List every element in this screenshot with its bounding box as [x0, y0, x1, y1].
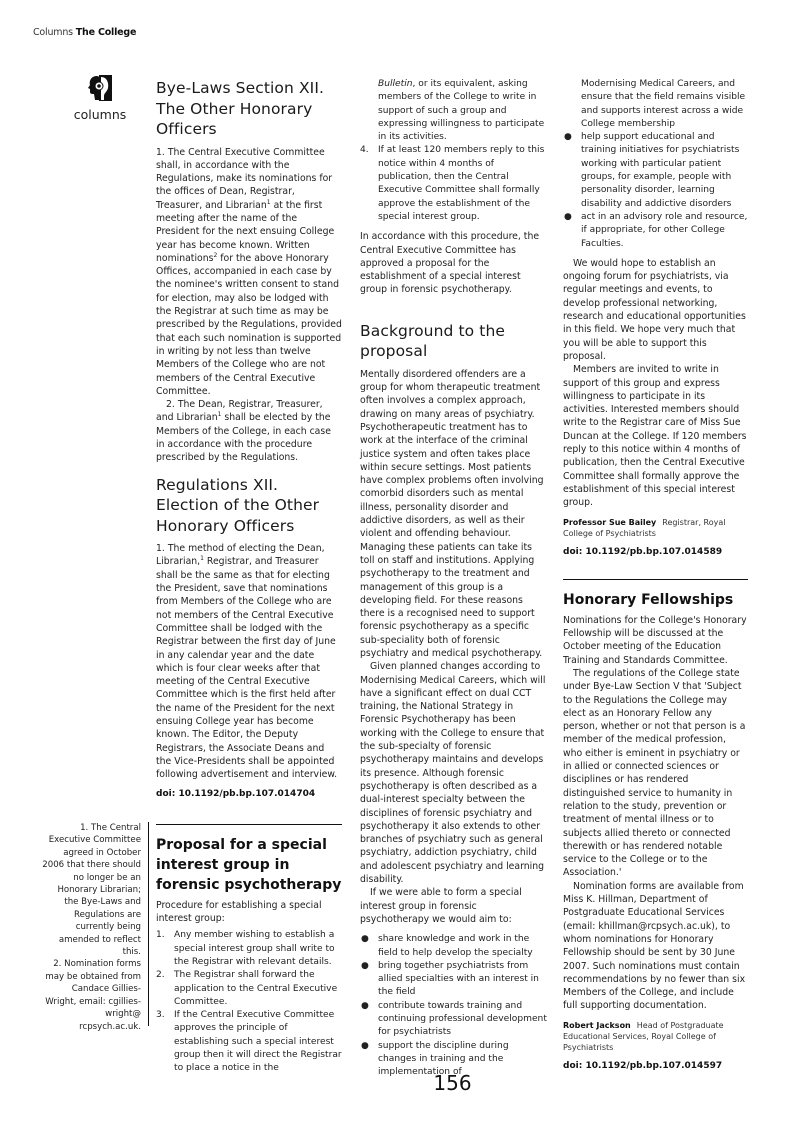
running-head-title: The College	[76, 27, 137, 38]
procedure-list: 1.Any member wishing to establish a spec…	[156, 929, 342, 1075]
doi-link[interactable]: doi: 10.1192/pb.bp.107.014589	[563, 546, 748, 559]
bullet-icon: ●	[564, 211, 572, 224]
article-bye-laws: Bye-Laws Section XII. The Other Honorary…	[156, 78, 342, 465]
columns-logo: columns	[70, 74, 130, 122]
columns-logo-label: columns	[70, 107, 130, 122]
article-regulations: Regulations XII. Election of the Other H…	[156, 475, 342, 802]
list-item: ●bring together psychiatrists from allie…	[360, 960, 547, 1000]
article-title: Regulations XII. Election of the Other H…	[156, 475, 342, 537]
paragraph: Procedure for establishing a special int…	[156, 899, 342, 926]
article-forensic-sig: Proposal for a special interest group in…	[156, 835, 342, 1076]
column-1: Bye-Laws Section XII. The Other Honorary…	[156, 78, 342, 1076]
paragraph: Members are invited to write in support …	[563, 363, 748, 509]
list-item: 4.If at least 120 members reply to this …	[360, 144, 547, 224]
paragraph: Nomination forms are available from Miss…	[563, 880, 748, 1013]
footnote-2: 2. Nomination forms may be obtained from…	[42, 958, 141, 1032]
aims-list-continued: Modernising Medical Careers, and ensure …	[563, 78, 748, 251]
list-item: 1.Any member wishing to establish a spec…	[156, 929, 342, 969]
section-divider	[156, 824, 342, 825]
author-name: Professor Sue Bailey	[563, 518, 656, 527]
author-name: Robert Jackson	[563, 1021, 631, 1030]
list-item: ●act in an advisory role and resource, i…	[563, 211, 748, 251]
list-item: ●contribute towards training and continu…	[360, 1000, 547, 1040]
list-item: Modernising Medical Careers, and ensure …	[563, 78, 748, 131]
list-item: 2.The Registrar shall forward the applic…	[156, 969, 342, 1009]
list-item: ●share knowledge and work in the field t…	[360, 933, 547, 960]
list-item: 3.If the Central Executive Committee app…	[156, 1009, 342, 1075]
list-item: Bulletin, or its equivalent, asking memb…	[360, 78, 547, 144]
bullet-icon: ●	[361, 933, 369, 946]
page-number: 156	[0, 1071, 800, 1095]
bullet-icon: ●	[361, 1040, 369, 1053]
author-signature: Robert JacksonHead of Postgraduate Educa…	[563, 1020, 748, 1053]
section-divider	[563, 579, 748, 580]
paragraph: We would hope to establish an ongoing fo…	[563, 257, 748, 363]
running-head-section: Columns	[33, 27, 73, 38]
procedure-list-continued: Bulletin, or its equivalent, asking memb…	[360, 78, 547, 224]
aims-list: ●share knowledge and work in the field t…	[360, 933, 547, 1079]
list-item: ●help support educational and training i…	[563, 131, 748, 211]
paragraph: 1. The Central Executive Committee shall…	[156, 146, 342, 399]
paragraph: If we were able to form a special intere…	[360, 886, 547, 926]
columns-logo-icon	[87, 74, 113, 102]
paragraph: In accordance with this procedure, the C…	[360, 230, 547, 296]
footnote-1: 1. The Central Executive Committee agree…	[42, 822, 141, 958]
footnote-divider	[148, 822, 149, 1026]
paragraph: 1. The method of electing the Dean, Libr…	[156, 542, 342, 781]
article-title: Bye-Laws Section XII. The Other Honorary…	[156, 78, 342, 140]
article-title: Honorary Fellowships	[563, 590, 748, 610]
doi-link[interactable]: doi: 10.1192/pb.bp.107.014704	[156, 788, 342, 801]
paragraph: Given planned changes according to Moder…	[360, 660, 547, 886]
bullet-icon: ●	[361, 1000, 369, 1013]
running-head: Columns The College	[33, 27, 136, 38]
paragraph: Nominations for the College's Honorary F…	[563, 614, 748, 667]
paragraph: Mentally disordered offenders are a grou…	[360, 368, 547, 661]
footnotes: 1. The Central Executive Committee agree…	[42, 822, 141, 1033]
bullet-icon: ●	[564, 131, 572, 144]
author-signature: Professor Sue BaileyRegistrar, Royal Col…	[563, 517, 748, 539]
article-honorary-fellowships: Honorary Fellowships Nominations for the…	[563, 590, 748, 1073]
column-3: Modernising Medical Careers, and ensure …	[563, 78, 748, 1073]
bullet-icon: ●	[361, 960, 369, 973]
paragraph: The regulations of the College state und…	[563, 667, 748, 880]
subsection-title: Background to the proposal	[360, 321, 547, 362]
paragraph: 2. The Dean, Registrar, Treasurer, and L…	[156, 398, 342, 464]
column-2: Bulletin, or its equivalent, asking memb…	[360, 78, 547, 1079]
article-title: Proposal for a special interest group in…	[156, 835, 342, 895]
